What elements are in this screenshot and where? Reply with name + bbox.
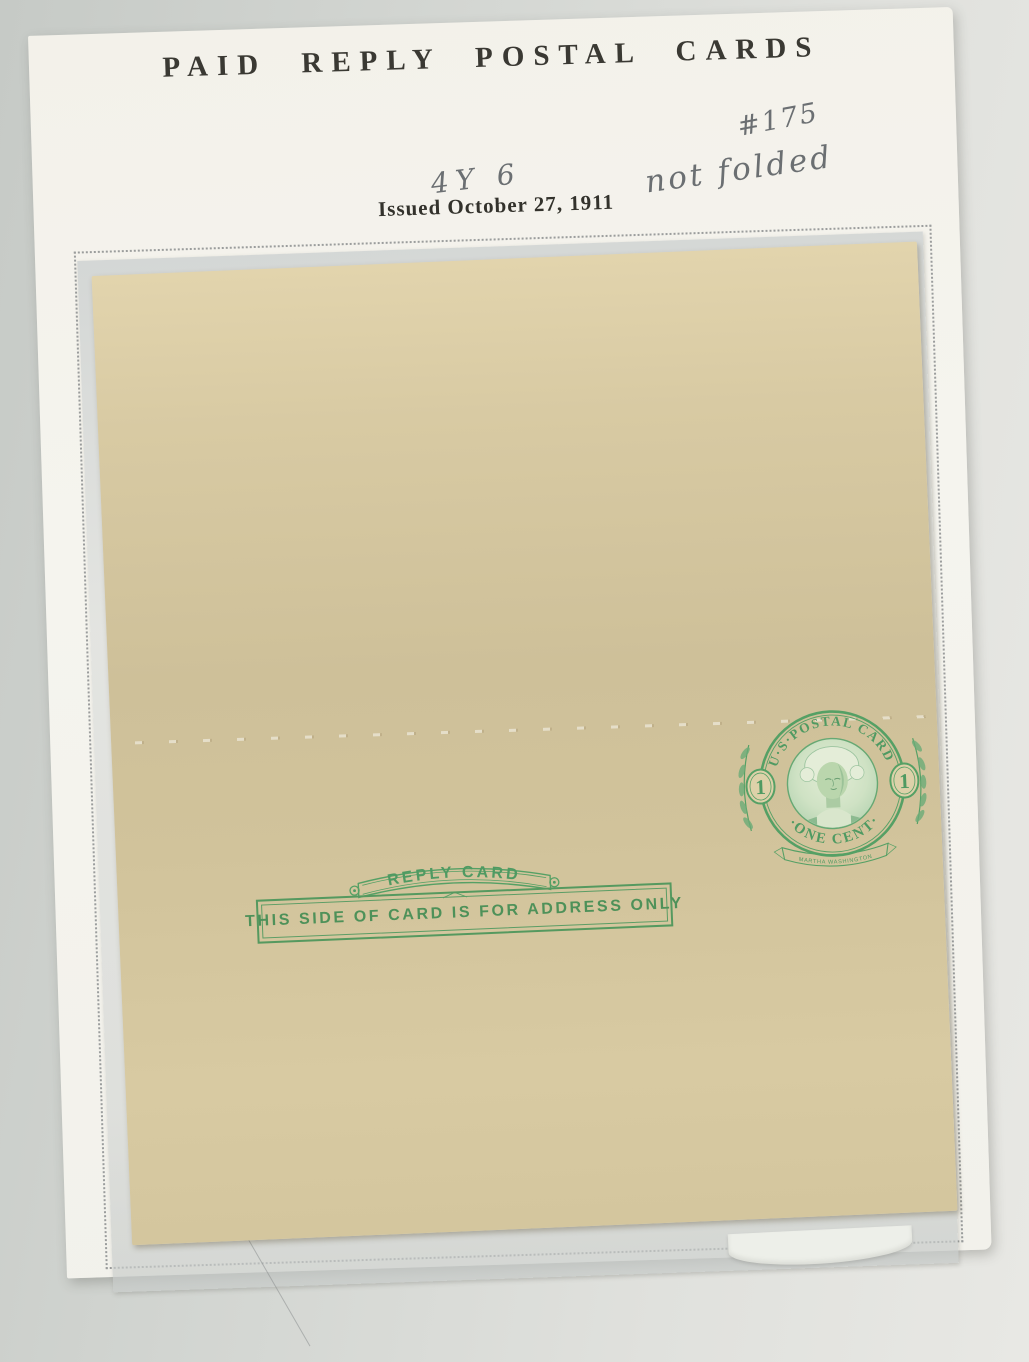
reply-card-label: REPLY CARD: [386, 862, 522, 890]
denomination-left-medallion: 1: [746, 769, 775, 804]
handwritten-catalog-number: #175: [735, 97, 822, 143]
album-page: PAID REPLY POSTAL CARDS #175 4Y 6 not fo…: [28, 7, 992, 1278]
address-only-notice: THIS SIDE OF CARD IS FOR ADDRESS ONLY: [245, 895, 684, 931]
page-title: PAID REPLY POSTAL CARDS: [29, 27, 955, 89]
address-only-box: THIS SIDE OF CARD IS FOR ADDRESS ONLY: [256, 882, 673, 943]
denomination-left: 1: [755, 775, 766, 799]
svg-text:REPLY CARD: REPLY CARD: [386, 862, 522, 890]
denomination-right-medallion: 1: [890, 763, 919, 798]
denomination-right: 1: [899, 769, 910, 793]
stamp-imprint: U·S·POSTAL CARD ·ONE CENT· 1 1: [734, 692, 932, 895]
stamp-icon: U·S·POSTAL CARD ·ONE CENT· 1 1: [734, 692, 932, 895]
postal-card: REPLY CARD THIS SIDE OF CARD IS FOR ADDR…: [92, 242, 958, 1246]
address-only-box-inner: THIS SIDE OF CARD IS FOR ADDRESS ONLY: [261, 888, 668, 939]
